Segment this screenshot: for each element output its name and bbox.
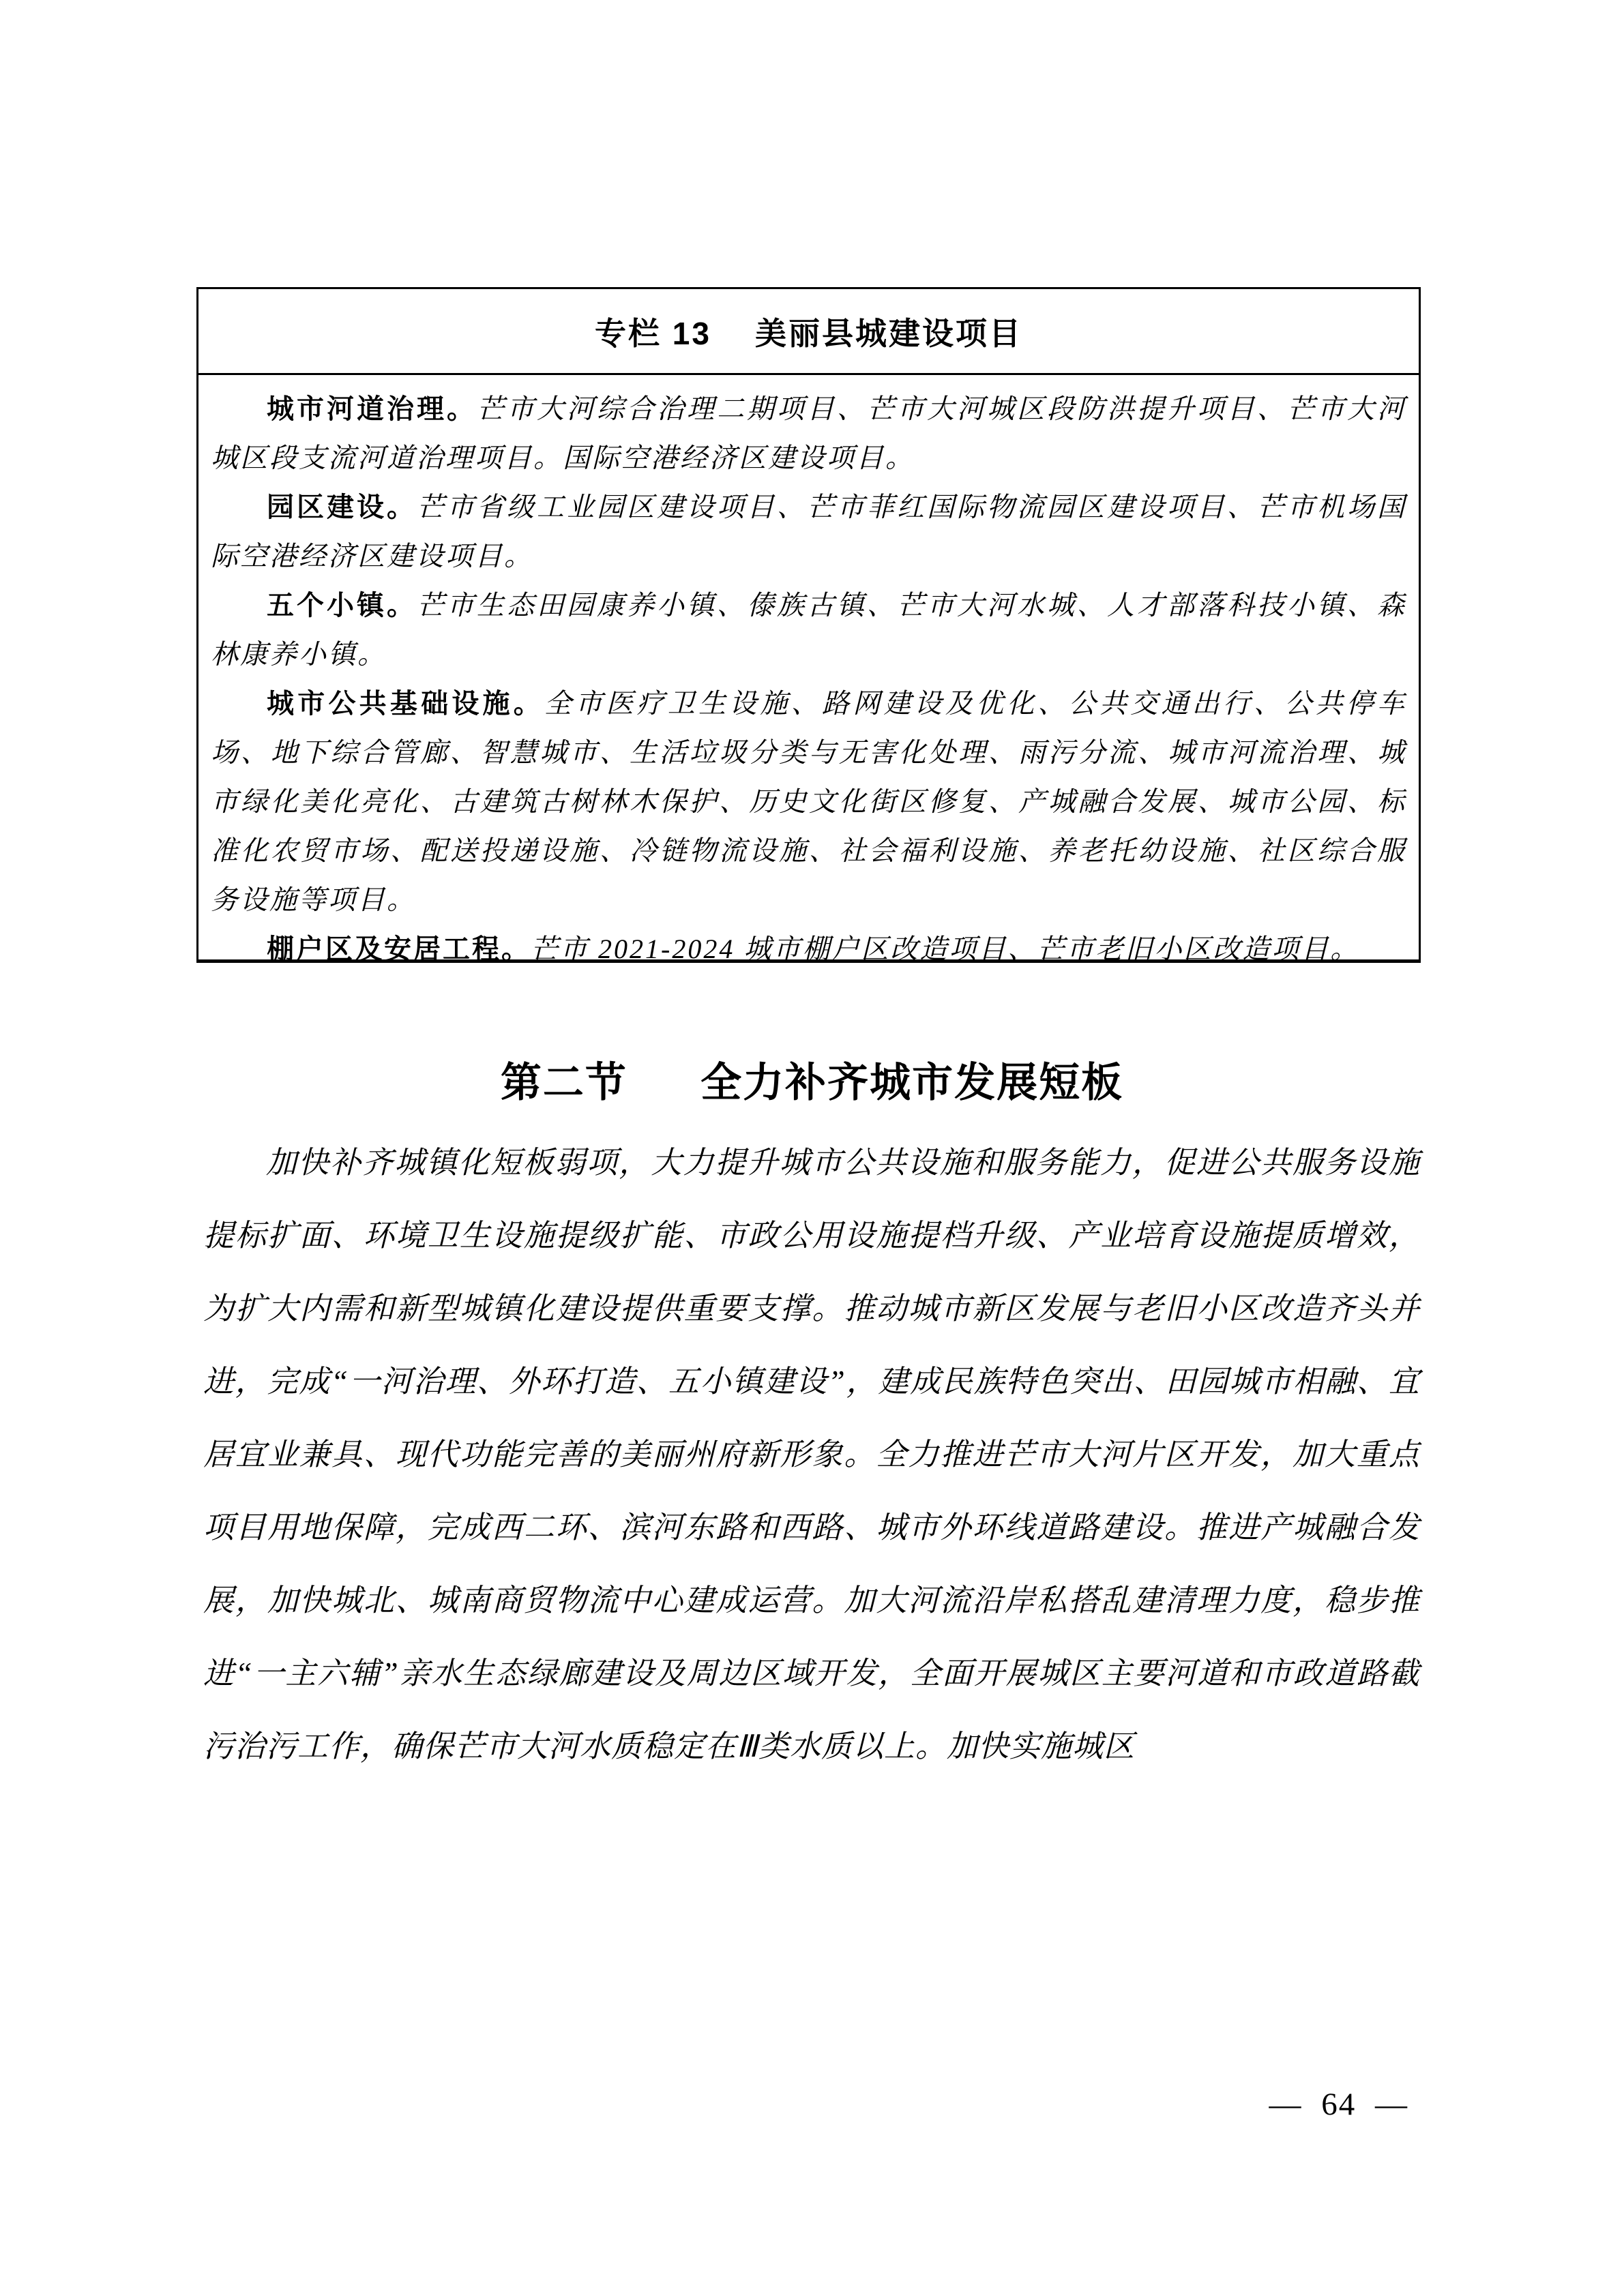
panel-paragraph-public-infrastructure: 城市公共基础设施。全市医疗卫生设施、路网建设及优化、公共交通出行、公共停车场、地…	[211, 679, 1406, 925]
paragraph-lead: 园区建设。	[267, 492, 417, 522]
feature-panel-body: 城市河道治理。芒市大河综合治理二期项目、芒市大河城区段防洪提升项目、芒市大河城区…	[198, 375, 1419, 974]
body-paragraph: 加快补齐城镇化短板弱项，大力提升城市公共设施和服务能力，促进公共服务设施提标扩面…	[203, 1127, 1420, 1783]
document-page: 专栏 13 美丽县城建设项目 城市河道治理。芒市大河综合治理二期项目、芒市大河城…	[0, 0, 1624, 2296]
section-title: 全力补齐城市发展短板	[700, 1060, 1123, 1105]
page-number: — 64 —	[1269, 2084, 1409, 2125]
feature-panel-title-text: 美丽县城建设项目	[755, 309, 1022, 354]
section-number: 第二节	[501, 1060, 628, 1105]
panel-paragraph-five-towns: 五个小镇。芒市生态田园康养小镇、傣族古镇、芒市大河水城、人才部落科技小镇、森林康…	[211, 581, 1406, 679]
paragraph-text: 芒市 2021-2024 城市棚户区改造项目、芒市老旧小区改造项目。	[531, 934, 1359, 964]
paragraph-lead: 五个小镇。	[267, 591, 417, 621]
feature-panel-title-label: 专栏 13	[595, 309, 711, 354]
panel-paragraph-river: 城市河道治理。芒市大河综合治理二期项目、芒市大河城区段防洪提升项目、芒市大河城区…	[211, 385, 1406, 483]
paragraph-lead: 城市公共基础设施。	[267, 689, 544, 719]
section-heading: 第二节 全力补齐城市发展短板	[0, 1049, 1624, 1117]
paragraph-lead: 城市河道治理。	[267, 394, 477, 424]
feature-panel-title-row: 专栏 13 美丽县城建设项目	[198, 289, 1419, 375]
panel-paragraph-industrial-park: 园区建设。芒市省级工业园区建设项目、芒市菲红国际物流园区建设项目、芒市机场国际空…	[211, 483, 1406, 581]
paragraph-text: 全市医疗卫生设施、路网建设及优化、公共交通出行、公共停车场、地下综合管廊、智慧城…	[211, 688, 1406, 915]
paragraph-lead: 棚户区及安居工程。	[267, 934, 531, 964]
panel-paragraph-shantytown: 棚户区及安居工程。芒市 2021-2024 城市棚户区改造项目、芒市老旧小区改造…	[211, 925, 1406, 974]
feature-panel: 专栏 13 美丽县城建设项目 城市河道治理。芒市大河综合治理二期项目、芒市大河城…	[196, 287, 1421, 963]
